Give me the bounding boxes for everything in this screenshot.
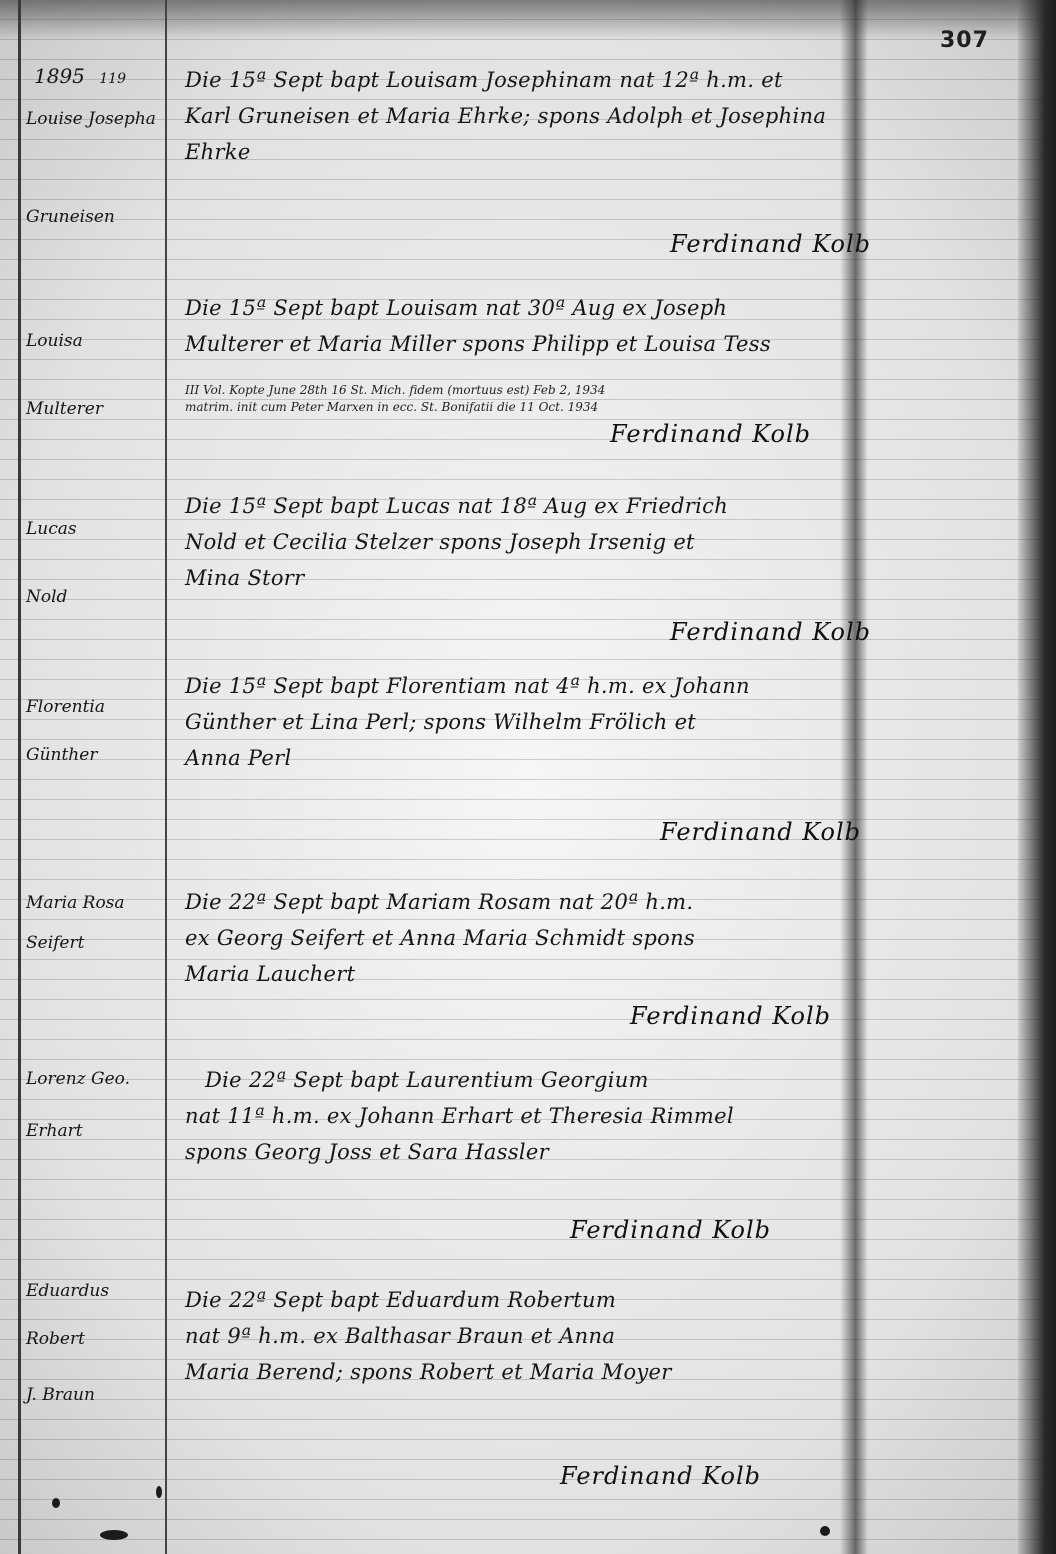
margin-name-line: Lorenz Geo. [26, 1060, 164, 1098]
page-number: 307 [940, 28, 989, 53]
entry-5-text: Die 22ª Sept bapt Mariam Rosam nat 20ª h… [185, 884, 975, 992]
note-line: matrim. init cum Peter Marxen in ecc. St… [185, 399, 885, 416]
entry-7-text: Die 22ª Sept bapt Eduardum Robertum nat … [185, 1282, 975, 1390]
margin-name-entry-1: Louise Josepha Gruneisen [26, 100, 164, 236]
entry-2-text: Die 15ª Sept bapt Louisam nat 30ª Aug ex… [185, 290, 975, 362]
entry-line: Nold et Cecilia Stelzer spons Joseph Irs… [185, 524, 975, 560]
margin-name-entry-2: Louisa Multerer [26, 322, 164, 428]
entry-line: Maria Berend; spons Robert et Maria Moye… [185, 1354, 975, 1390]
entry-line: Günther et Lina Perl; spons Wilhelm Fröl… [185, 704, 975, 740]
year-margin-note: 1895 119 [34, 64, 126, 88]
priest-signature: Ferdinand Kolb [670, 230, 871, 258]
margin-name-entry-5: Maria Rosa Seifert [26, 884, 164, 962]
entry-line: Die 15ª Sept bapt Lucas nat 18ª Aug ex F… [185, 488, 975, 524]
ink-blot [820, 1526, 830, 1536]
margin-name-line: Multerer [26, 390, 164, 428]
margin-column-rule [165, 0, 167, 1554]
entry-line: Die 15ª Sept bapt Louisam Josephinam nat… [185, 62, 975, 98]
entry-4-text: Die 15ª Sept bapt Florentiam nat 4ª h.m.… [185, 668, 975, 776]
entry-line: nat 11ª h.m. ex Johann Erhart et Theresi… [185, 1098, 975, 1134]
margin-name-line: Robert [26, 1320, 164, 1358]
priest-signature: Ferdinand Kolb [610, 420, 811, 448]
entry-line: Maria Lauchert [185, 956, 975, 992]
note-line: III Vol. Kopte June 28th 16 St. Mich. fi… [185, 382, 885, 399]
margin-name-line: Lucas [26, 510, 164, 548]
margin-name-line: Maria Rosa [26, 884, 164, 922]
margin-name-entry-3: Lucas Nold [26, 510, 164, 616]
page-edge-shadow [1018, 0, 1056, 1554]
register-page: 307 1895 119 Louise Josepha Gruneisen Di… [0, 0, 1056, 1554]
margin-name-line: Louisa [26, 322, 164, 360]
entry-line: Die 22ª Sept bapt Mariam Rosam nat 20ª h… [185, 884, 975, 920]
entry-line: Die 22ª Sept bapt Eduardum Robertum [185, 1282, 975, 1318]
entry-line: Ehrke [185, 134, 975, 170]
entry-line: Anna Perl [185, 740, 975, 776]
ink-blot [52, 1498, 60, 1508]
priest-signature: Ferdinand Kolb [560, 1462, 761, 1490]
margin-name-line: Florentia [26, 688, 164, 726]
entry-6-text: Die 22ª Sept bapt Laurentium Georgium na… [185, 1062, 975, 1170]
margin-name-line: Erhart [26, 1112, 164, 1150]
entry-line: Multerer et Maria Miller spons Philipp e… [185, 326, 975, 362]
priest-signature: Ferdinand Kolb [670, 618, 871, 646]
margin-name-line: Seifert [26, 924, 164, 962]
entry-line: Die 15ª Sept bapt Florentiam nat 4ª h.m.… [185, 668, 975, 704]
priest-signature: Ferdinand Kolb [660, 818, 861, 846]
year: 1895 [34, 64, 85, 88]
entry-line: Die 22ª Sept bapt Laurentium Georgium [185, 1062, 975, 1098]
priest-signature: Ferdinand Kolb [570, 1216, 771, 1244]
entry-line: nat 9ª h.m. ex Balthasar Braun et Anna [185, 1318, 975, 1354]
entry-line: spons Georg Joss et Sara Hassler [185, 1134, 975, 1170]
margin-name-entry-4: Florentia Günther [26, 688, 164, 774]
annotation-note: III Vol. Kopte June 28th 16 St. Mich. fi… [185, 382, 885, 416]
margin-name-line: Gruneisen [26, 198, 164, 236]
ink-blot [156, 1486, 162, 1498]
entry-1-text: Die 15ª Sept bapt Louisam Josephinam nat… [185, 62, 975, 170]
ink-blot [100, 1530, 128, 1540]
top-scan-shadow [0, 0, 1056, 40]
margin-name-line: Nold [26, 578, 164, 616]
left-border-rule [18, 0, 21, 1554]
margin-name-line: Louise Josepha [26, 100, 164, 138]
entry-line: Die 15ª Sept bapt Louisam nat 30ª Aug ex… [185, 290, 975, 326]
margin-name-entry-7: Eduardus Robert J. Braun [26, 1272, 164, 1414]
margin-name-line: J. Braun [26, 1376, 164, 1414]
entry-line: Mina Storr [185, 560, 975, 596]
entry-line: Karl Gruneisen et Maria Ehrke; spons Ado… [185, 98, 975, 134]
priest-signature: Ferdinand Kolb [630, 1002, 831, 1030]
year-suffix: 119 [99, 71, 126, 87]
margin-name-line: Günther [26, 736, 164, 774]
entry-3-text: Die 15ª Sept bapt Lucas nat 18ª Aug ex F… [185, 488, 975, 596]
margin-name-line: Eduardus [26, 1272, 164, 1310]
margin-name-entry-6: Lorenz Geo. Erhart [26, 1060, 164, 1150]
entry-line: ex Georg Seifert et Anna Maria Schmidt s… [185, 920, 975, 956]
